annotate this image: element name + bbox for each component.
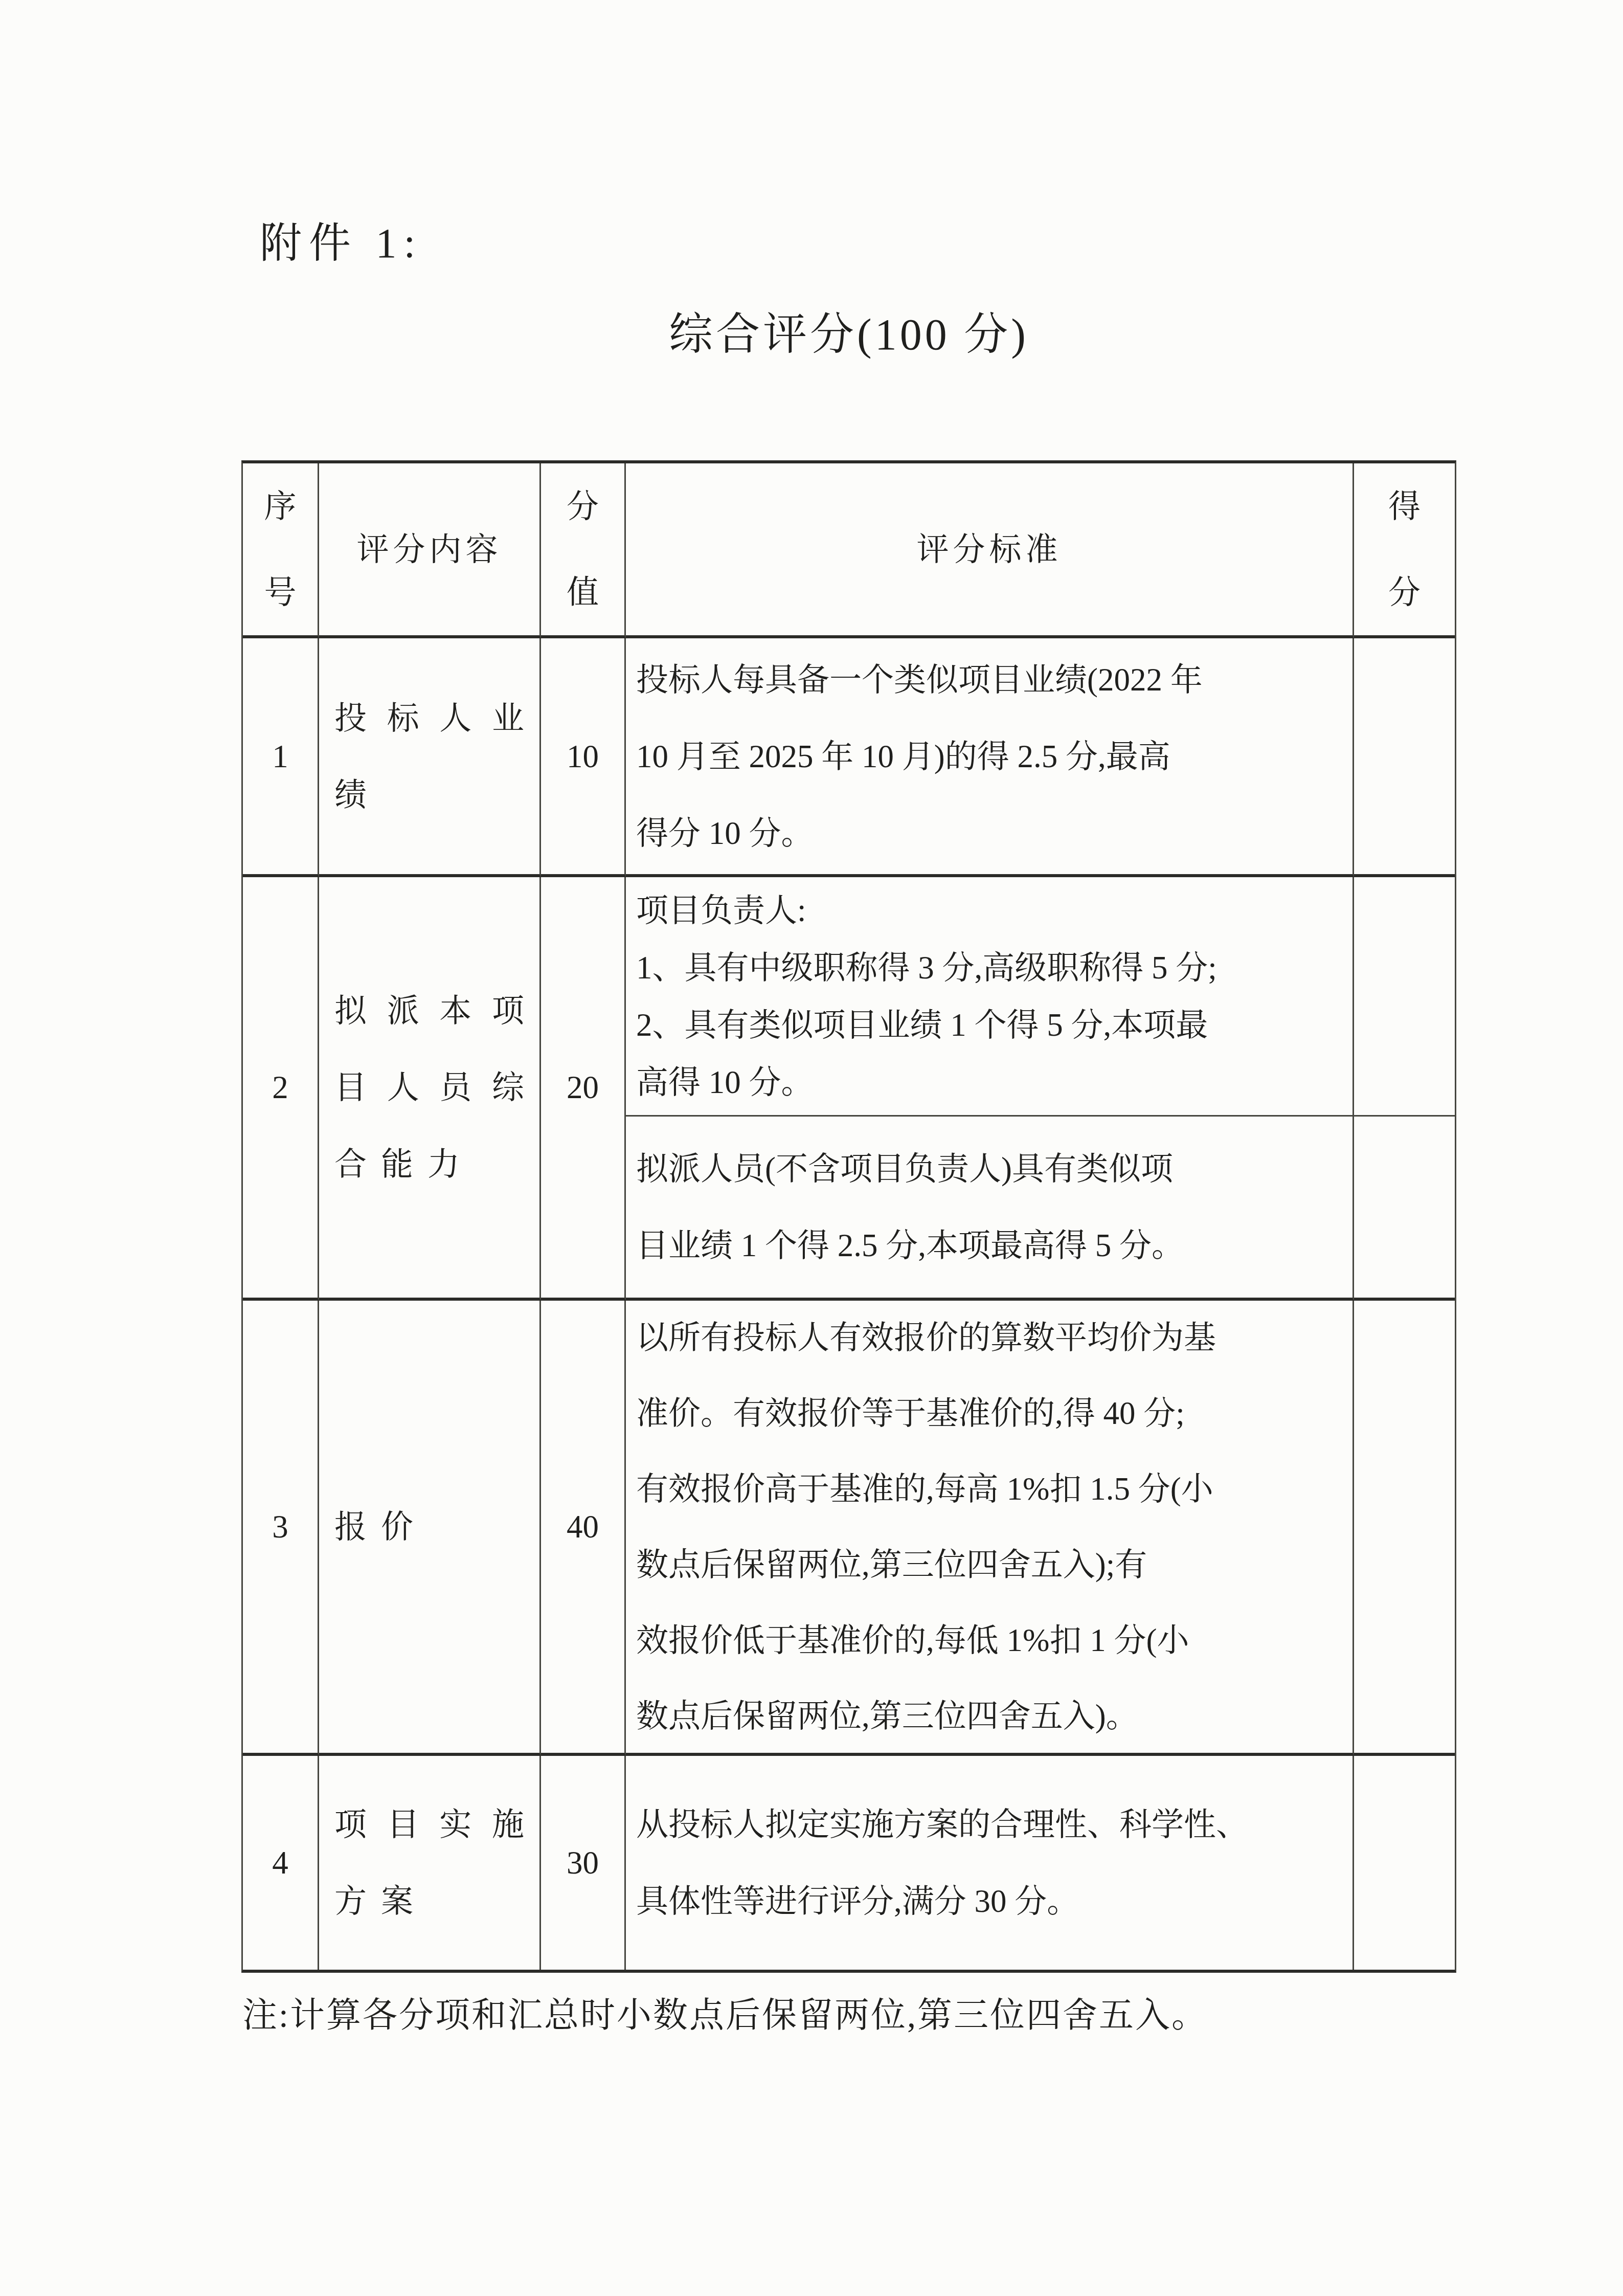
row4-score	[1354, 1756, 1455, 1970]
header-value: 分 值	[541, 463, 626, 638]
row2-content-line1: 拟派本项	[334, 972, 524, 1049]
row4-criteria: 从投标人拟定实施方案的合理性、科学性、 具体性等进行评分,满分 30 分。	[626, 1756, 1354, 1970]
row2-score-top	[1354, 877, 1455, 1117]
row2-score-bottom	[1354, 1117, 1455, 1301]
footnote: 注:计算各分项和汇总时小数点后保留两位,第三位四舍五入。	[242, 1993, 1208, 2038]
row2-content-line3: 合能力	[334, 1126, 524, 1202]
header-score-line1: 得	[1388, 463, 1421, 549]
header-value-line1: 分	[567, 463, 599, 549]
row3-value: 40	[541, 1301, 626, 1756]
header-score: 得 分	[1354, 463, 1455, 638]
header-index: 序 号	[243, 463, 319, 638]
score-table: 序 号 评分内容 分 值 评分标准 得 分 1 投标人业 绩 10 投标人每具备…	[241, 460, 1456, 1973]
header-index-line2: 号	[264, 549, 297, 635]
header-criteria: 评分标准	[626, 463, 1354, 638]
row3-index: 3	[243, 1301, 319, 1756]
row1-content: 投标人业 绩	[319, 638, 541, 877]
row1-index: 1	[243, 638, 319, 877]
row4-value: 30	[541, 1756, 626, 1970]
document-title: 综合评分(100 分)	[241, 306, 1456, 363]
row3-criteria: 以所有投标人有效报价的算数平均价为基 准价。有效报价等于基准价的,得 40 分;…	[626, 1301, 1354, 1756]
header-value-line2: 值	[567, 549, 599, 635]
row2-index: 2	[243, 877, 319, 1301]
row4-index: 4	[243, 1756, 319, 1970]
row4-content-line1: 项目实施	[334, 1786, 524, 1863]
row2-content-line2: 目人员综	[334, 1049, 524, 1126]
row3-score	[1354, 1301, 1455, 1756]
row2-value: 20	[541, 877, 626, 1301]
row4-content: 项目实施 方案	[319, 1756, 541, 1970]
row1-score	[1354, 638, 1455, 877]
row1-value: 10	[541, 638, 626, 877]
row4-content-line2: 方案	[334, 1863, 524, 1940]
row1-content-line2: 绩	[334, 756, 524, 833]
row3-content-line1: 报价	[334, 1488, 524, 1565]
row2-criteria-top: 项目负责人: 1、具有中级职称得 3 分,高级职称得 5 分; 2、具有类似项目…	[626, 877, 1354, 1117]
row2-criteria-bottom: 拟派人员(不含项目负责人)具有类似项 目业绩 1 个得 2.5 分,本项最高得 …	[626, 1117, 1354, 1301]
header-score-line2: 分	[1388, 549, 1421, 635]
row1-criteria: 投标人每具备一个类似项目业绩(2022 年 10 月至 2025 年 10 月)…	[626, 638, 1354, 877]
document-page: 附件 1: 综合评分(100 分) 序 号 评分内容 分 值 评分标准 得 分 …	[0, 0, 1623, 2296]
attachment-label: 附件 1:	[260, 215, 422, 272]
row3-content: 报价	[319, 1301, 541, 1756]
row1-content-line1: 投标人业	[334, 680, 524, 756]
header-index-line1: 序	[264, 463, 297, 549]
header-content-label: 评分内容	[357, 524, 502, 575]
header-criteria-label: 评分标准	[917, 524, 1062, 575]
header-content: 评分内容	[319, 463, 541, 638]
row2-content: 拟派本项 目人员综 合能力	[319, 877, 541, 1301]
